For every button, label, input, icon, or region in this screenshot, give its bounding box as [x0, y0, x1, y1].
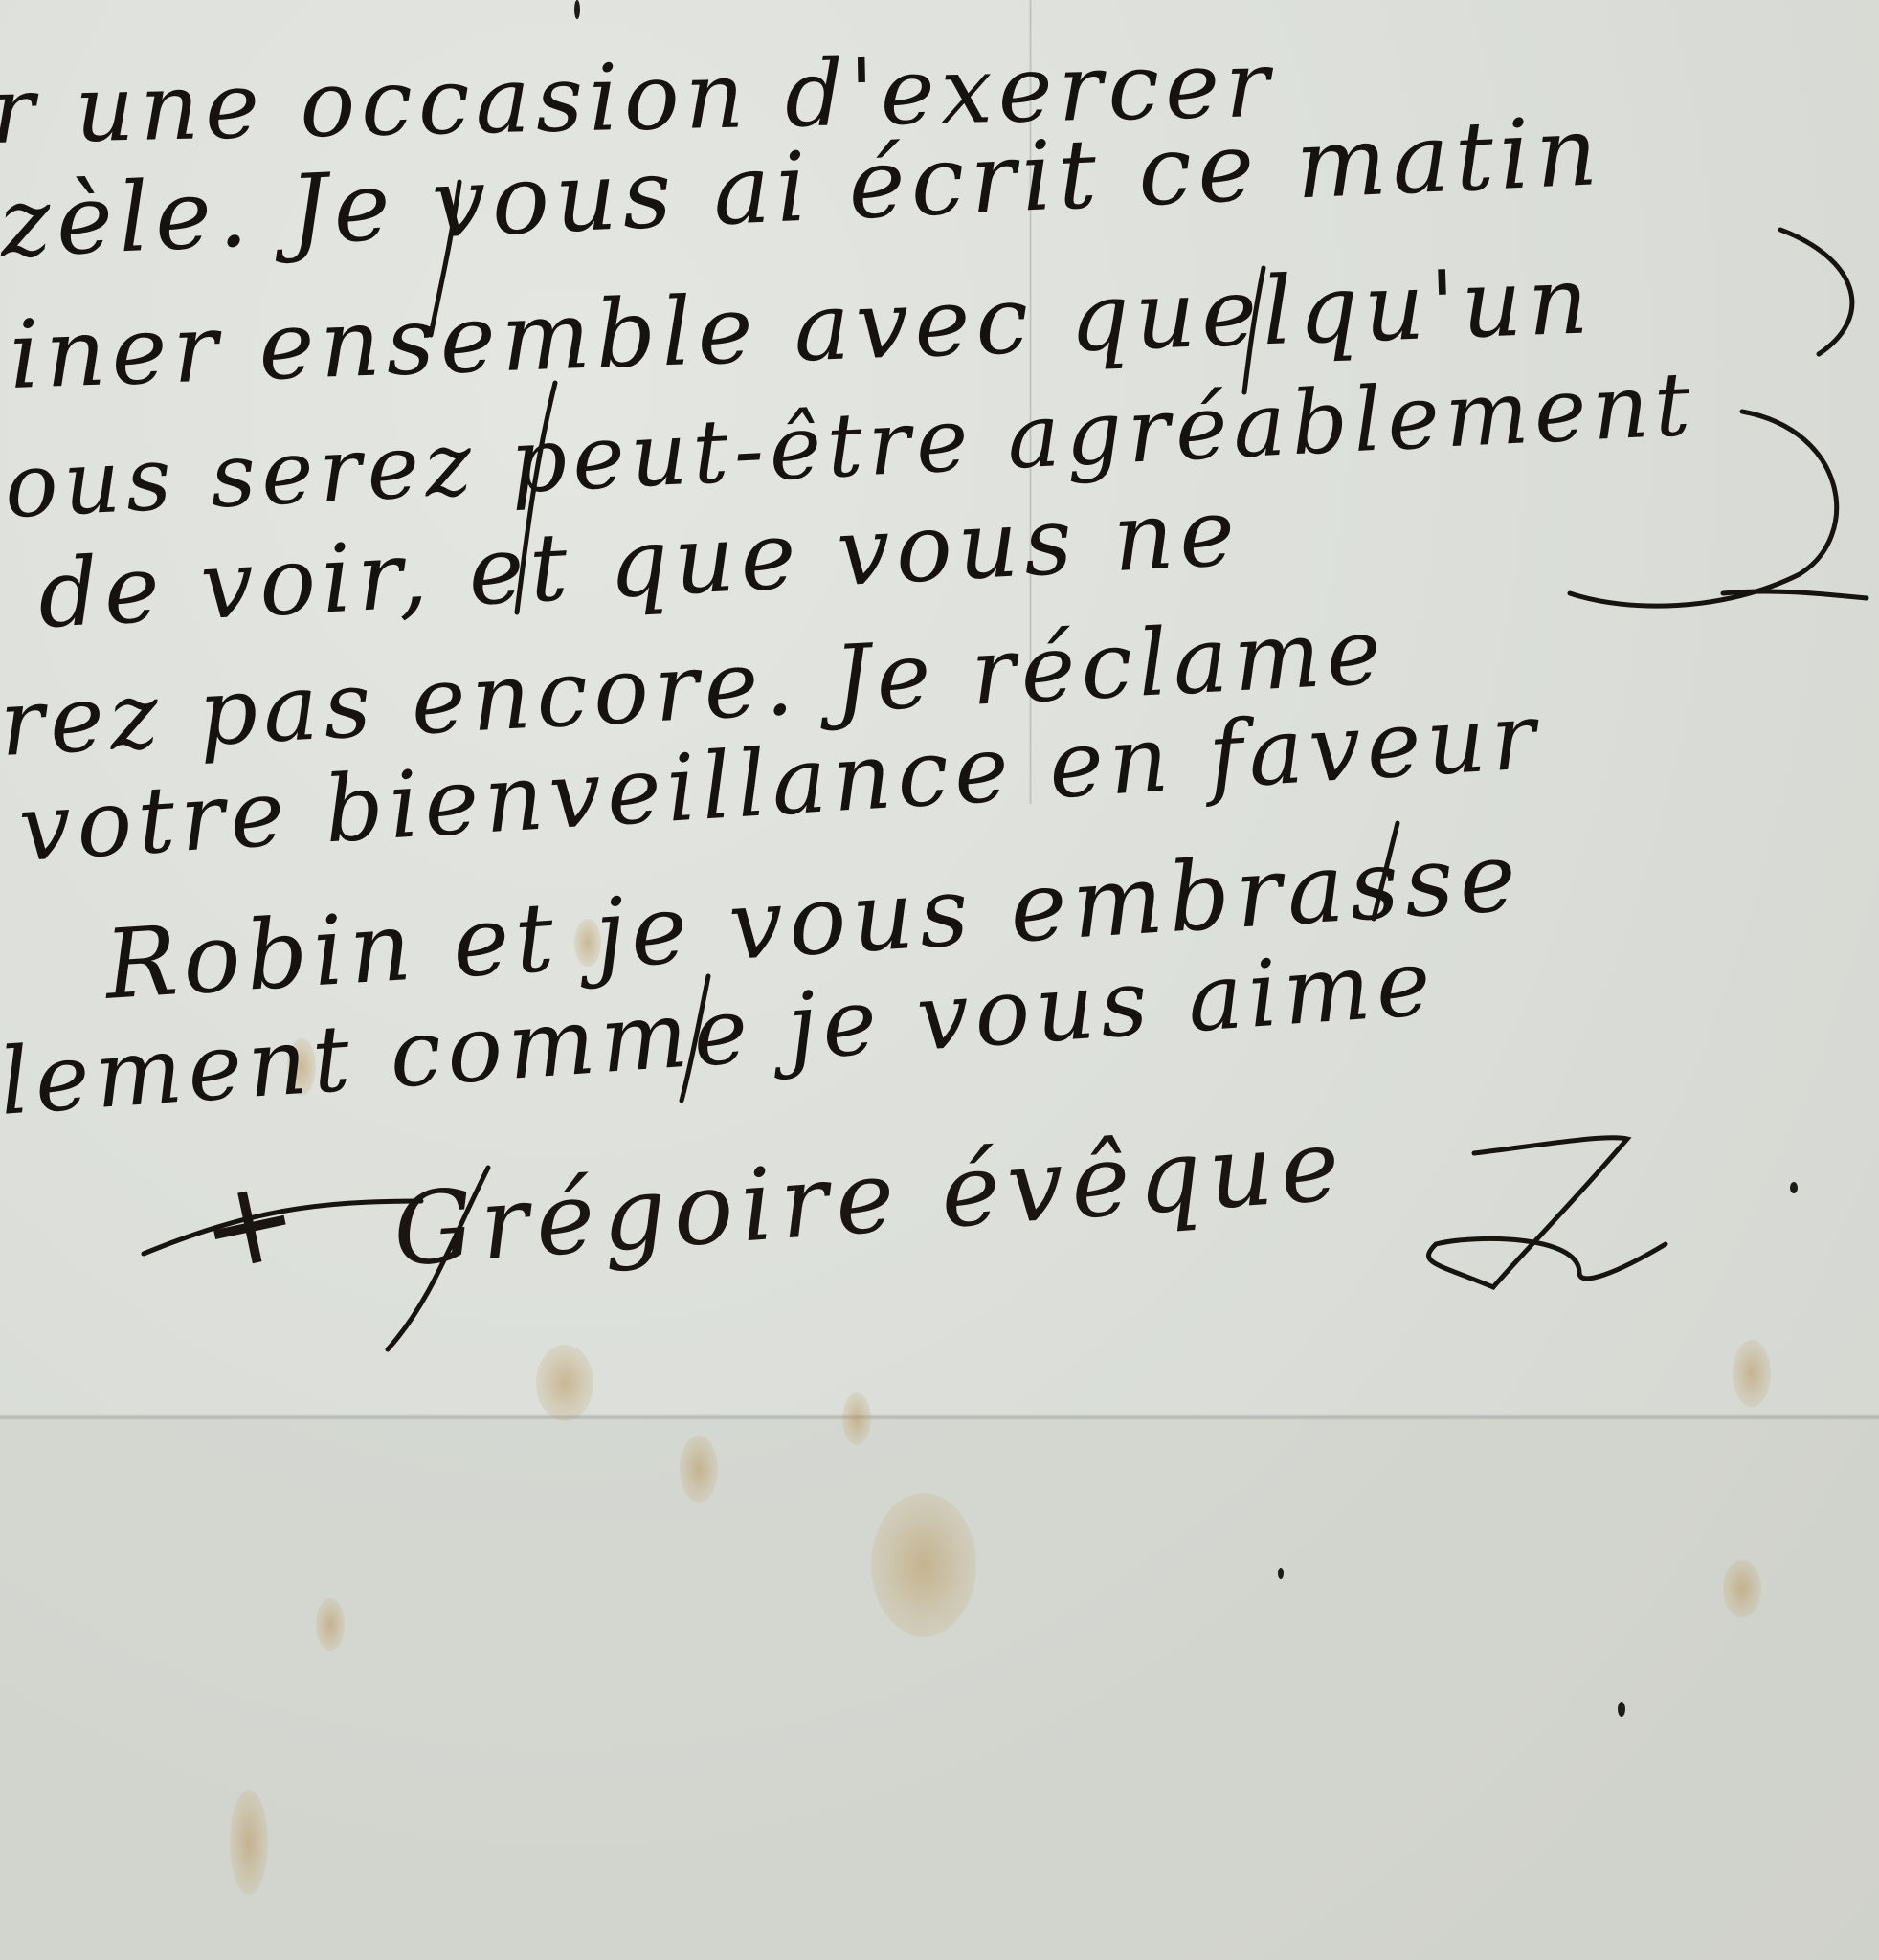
signature-flourish	[0, 0, 1879, 1960]
letter-page: r une occasion d'exercer zèle. Je vous a…	[0, 0, 1879, 1960]
